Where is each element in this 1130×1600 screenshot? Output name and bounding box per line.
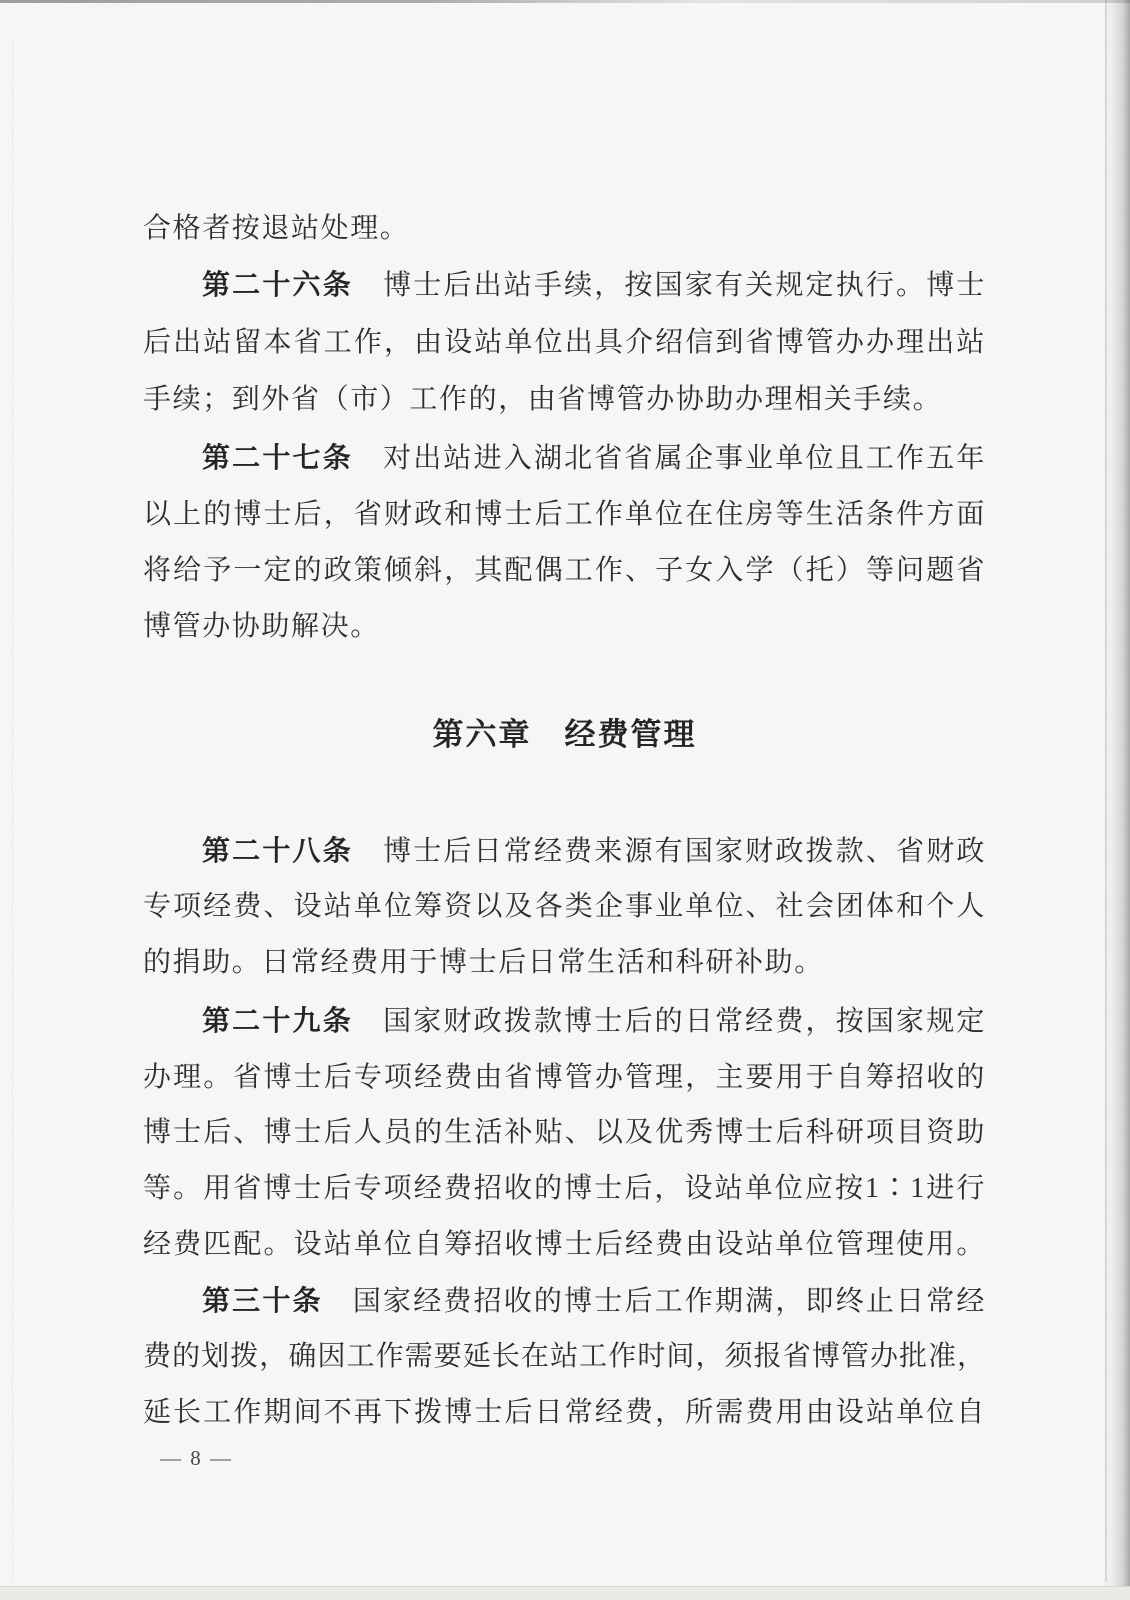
scan-artifact-fold-line	[1105, 0, 1107, 1582]
scan-artifact-top-edge	[0, 0, 1130, 3]
line-text: 的捐助。日常经费用于博士后日常生活和科研补助。	[143, 947, 824, 978]
document-line: 专项经费、设站单位筹资以及各类企事业单位、社会团体和个人	[143, 890, 986, 924]
line-text: 后出站留本省工作，由设站单位出具介绍信到省博管办办理出站	[143, 327, 986, 358]
article-number: 第三十条	[202, 1286, 323, 1317]
line-text: 手续；到外省（市）工作的，由省博管办协助办理相关手续。	[143, 384, 942, 415]
document-line: 的捐助。日常经费用于博士后日常生活和科研补助。	[143, 946, 986, 980]
line-text: 等。用省博士后专项经费招收的博士后，设站单位应按1∶1进行	[143, 1173, 986, 1204]
document-line: 以上的博士后，省财政和博士后工作单位在住房等生活条件方面	[143, 498, 986, 532]
line-text: 博士后出站手续，按国家有关规定执行。博士	[353, 270, 986, 301]
document-line: 将给予一定的政策倾斜，其配偶工作、子女入学（托）等问题省	[143, 554, 986, 588]
line-text: 博士后、博士后人员的生活补贴、以及优秀博士后科研项目资助	[143, 1117, 986, 1148]
line-text: 国家经费招收的博士后工作期满，即终止日常经	[323, 1286, 986, 1317]
line-text: 博士后日常经费来源有国家财政拨款、省财政	[353, 836, 986, 867]
document-line: 博士后、博士后人员的生活补贴、以及优秀博士后科研项目资助	[143, 1116, 986, 1150]
document-line: 第二十八条 博士后日常经费来源有国家财政拨款、省财政	[143, 835, 986, 869]
line-text: 专项经费、设站单位筹资以及各类企事业单位、社会团体和个人	[143, 891, 986, 922]
document-line: 第二十六条 博士后出站手续，按国家有关规定执行。博士	[143, 269, 986, 303]
page-number: — 8 —	[160, 1446, 233, 1471]
document-line: 后出站留本省工作，由设站单位出具介绍信到省博管办办理出站	[143, 326, 986, 360]
document-line: 第三十条 国家经费招收的博士后工作期满，即终止日常经	[143, 1285, 986, 1319]
line-text: 对出站进入湖北省省属企事业单位且工作五年	[353, 443, 986, 474]
chapter-heading: 第六章 经费管理	[143, 717, 986, 753]
line-text: 以上的博士后，省财政和博士后工作单位在住房等生活条件方面	[143, 499, 986, 530]
document-line: 办理。省博士后专项经费由省博管办管理，主要用于自筹招收的	[143, 1061, 986, 1095]
line-text: 经费匹配。设站单位自筹招收博士后经费由设站单位管理使用。	[143, 1229, 986, 1260]
line-text: 国家财政拨款博士后的日常经费，按国家规定	[353, 1006, 986, 1037]
document-line: 延长工作期间不再下拨博士后日常经费，所需费用由设站单位自	[143, 1396, 986, 1430]
document-line: 合格者按退站处理。	[143, 212, 986, 246]
document-line: 博管办协助解决。	[143, 610, 986, 644]
line-text: 将给予一定的政策倾斜，其配偶工作、子女入学（托）等问题省	[143, 555, 986, 586]
document-line: 第二十七条 对出站进入湖北省省属企事业单位且工作五年	[143, 442, 986, 476]
line-text: 博管办协助解决。	[143, 611, 380, 642]
article-number: 第二十七条	[202, 443, 353, 474]
article-number: 第二十九条	[202, 1006, 353, 1037]
document-line: 第二十九条 国家财政拨款博士后的日常经费，按国家规定	[143, 1005, 986, 1039]
document-line: 经费匹配。设站单位自筹招收博士后经费由设站单位管理使用。	[143, 1228, 986, 1262]
line-text: 合格者按退站处理。	[143, 213, 409, 244]
line-text: 费的划拨，确因工作需要延长在站工作时间，须报省博管办批准，	[143, 1341, 986, 1372]
article-number: 第二十六条	[202, 270, 353, 301]
document-line: 费的划拨，确因工作需要延长在站工作时间，须报省博管办批准，	[143, 1340, 986, 1374]
scan-artifact-bottom-strip	[0, 1586, 1130, 1600]
document-line: 等。用省博士后专项经费招收的博士后，设站单位应按1∶1进行	[143, 1172, 986, 1206]
scan-artifact-left-line	[12, 40, 13, 1580]
line-text: 办理。省博士后专项经费由省博管办管理，主要用于自筹招收的	[143, 1062, 986, 1093]
document-line: 手续；到外省（市）工作的，由省博管办协助办理相关手续。	[143, 383, 986, 417]
article-number: 第二十八条	[202, 836, 353, 867]
line-text: 延长工作期间不再下拨博士后日常经费，所需费用由设站单位自	[143, 1397, 986, 1428]
scanned-document-page: 合格者按退站处理。 第二十六条 博士后出站手续，按国家有关规定执行。博士 后出站…	[0, 0, 1130, 1600]
